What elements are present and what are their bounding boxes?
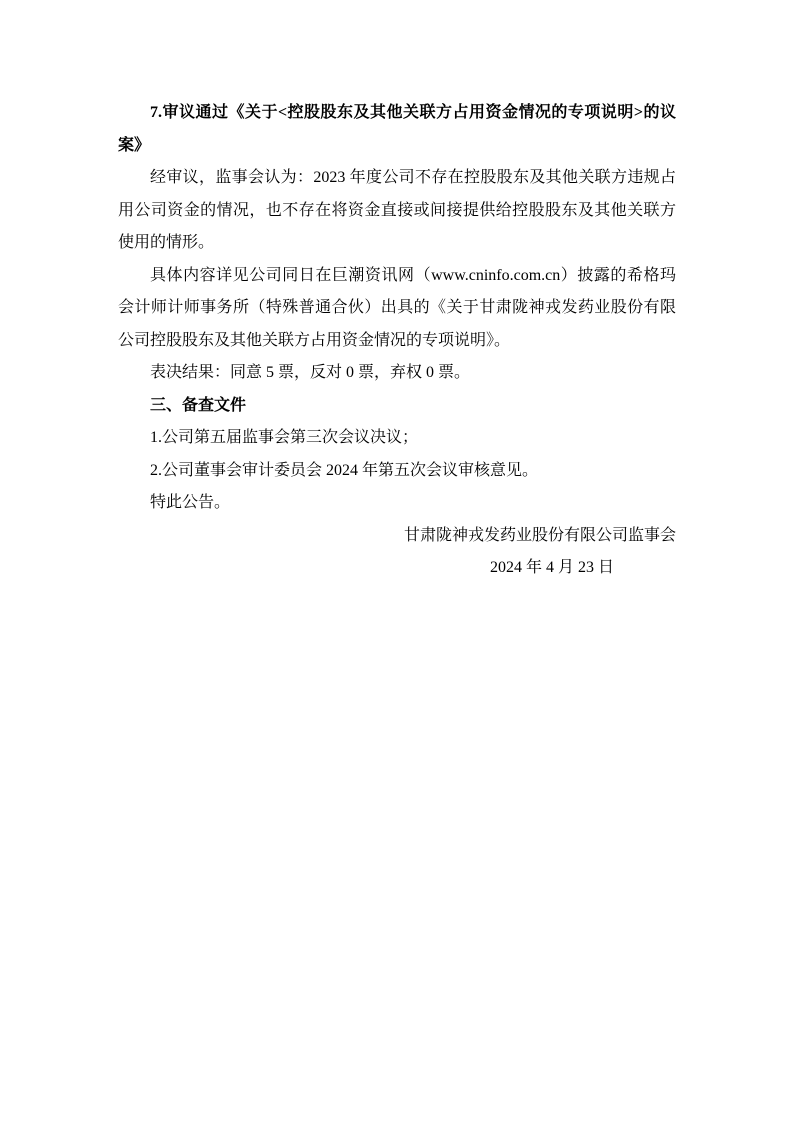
signature-date: 2024 年 4 月 23 日	[118, 552, 676, 585]
document-body: 7.审议通过《关于<控股股东及其他关联方占用资金情况的专项说明>的议案》 经审议…	[118, 0, 676, 585]
document-page: 7.审议通过《关于<控股股东及其他关联方占用资金情况的专项说明>的议案》 经审议…	[0, 0, 794, 1122]
closing-statement: 特此公告。	[118, 487, 676, 520]
section3-heading: 三、备查文件	[118, 390, 676, 423]
section3-item-2: 2.公司董事会审计委员会 2024 年第五次会议审核意见。	[118, 455, 676, 488]
item7-opinion-paragraph: 经审议，监事会认为：2023 年度公司不存在控股股东及其他关联方违规占用公司资金…	[118, 162, 676, 260]
signature-company: 甘肃陇神戎发药业股份有限公司监事会	[118, 520, 676, 553]
item7-reference-paragraph: 具体内容详见公司同日在巨潮资讯网（www.cninfo.com.cn）披露的希格…	[118, 260, 676, 358]
item7-vote-result: 表决结果：同意 5 票，反对 0 票，弃权 0 票。	[118, 357, 676, 390]
section3-item-1: 1.公司第五届监事会第三次会议决议；	[118, 422, 676, 455]
item7-heading: 7.审议通过《关于<控股股东及其他关联方占用资金情况的专项说明>的议案》	[118, 97, 676, 162]
